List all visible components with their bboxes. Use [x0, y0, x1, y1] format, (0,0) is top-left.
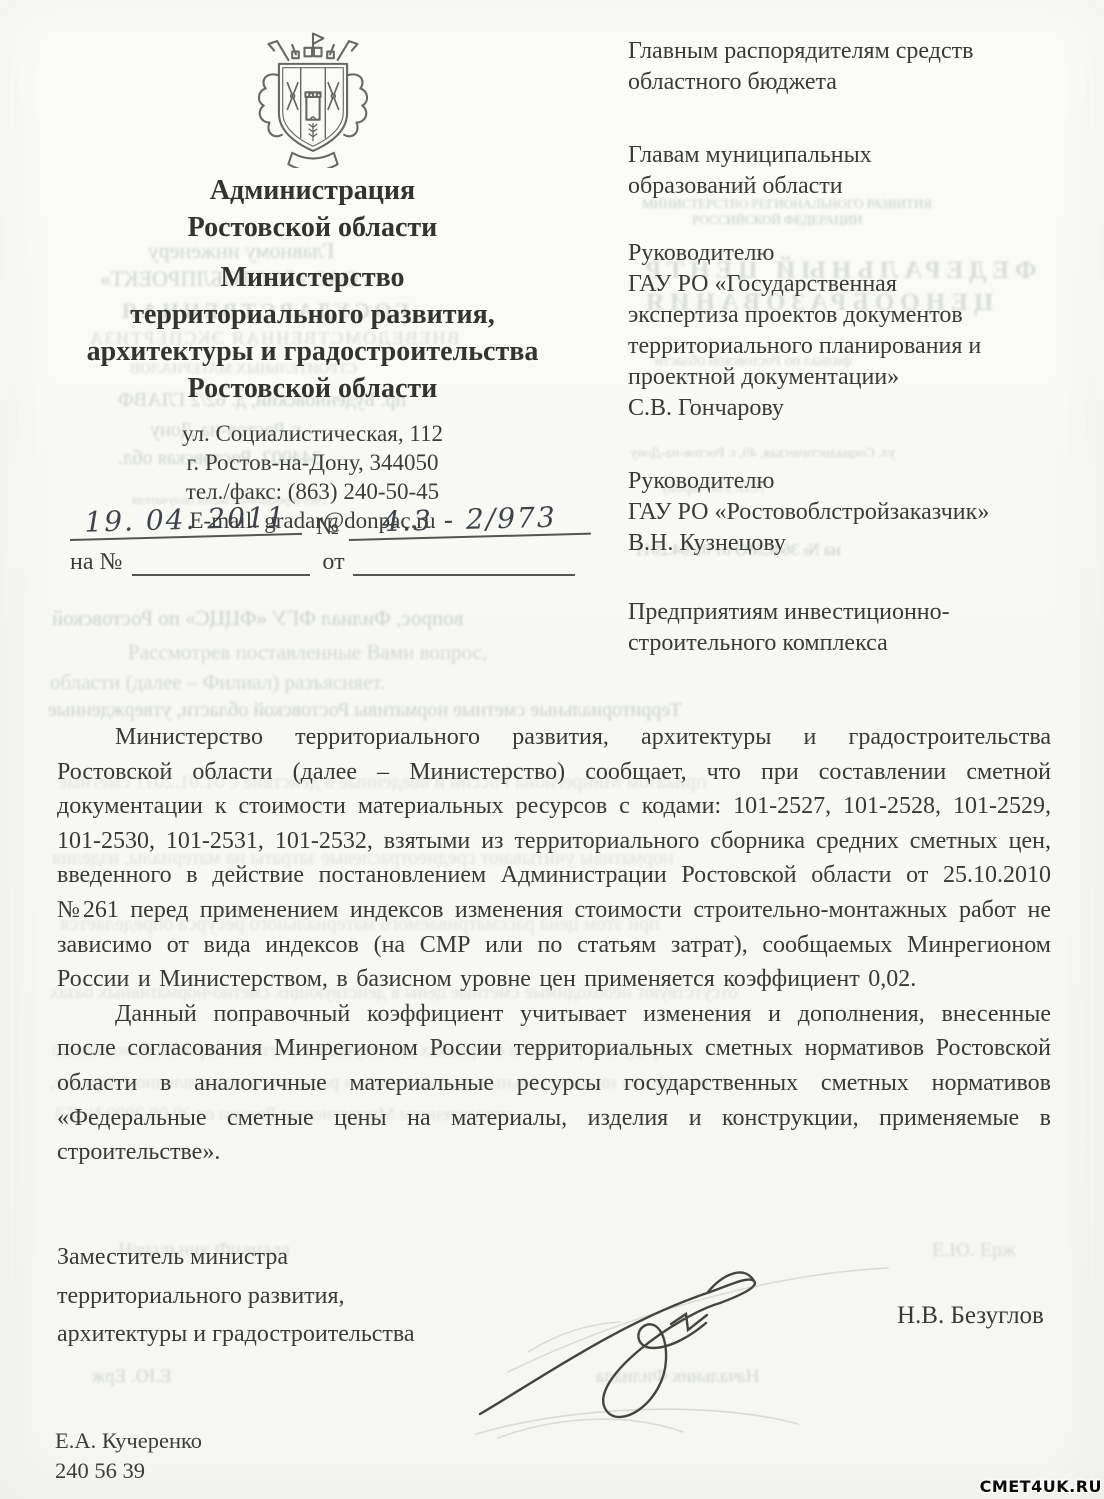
executor-block: Е.А. Кучеренко 240 56 39 — [55, 1426, 202, 1486]
recipients-block: Главным распорядителям средств областног… — [628, 36, 1090, 659]
letterhead: Администрация Ростовской области Министе… — [60, 26, 565, 535]
signer-name: Н.В. Безуглов — [897, 1302, 1044, 1330]
recipient-budget-managers: Главным распорядителям средств областног… — [628, 36, 1090, 98]
reply-date-label: от — [322, 549, 344, 576]
rostov-oblast-coat-of-arms-icon — [249, 26, 377, 168]
recipient-expertiza-head: Руководителю ГАУ РО «Государственная экс… — [628, 238, 1090, 424]
reply-date-field — [353, 574, 575, 576]
body-paragraph-2: Данный поправочный коэффициент учитывает… — [57, 997, 1051, 1170]
executor-name: Е.А. Кучеренко — [55, 1426, 202, 1456]
reply-to-row: на № от — [70, 549, 650, 576]
reply-number-field — [132, 574, 310, 576]
bleedthrough-text: вопрос, Филиал ФГУ «ФЦЦС» по Ростовской — [52, 606, 464, 631]
bleedthrough-text: области (далее – Филиал) разъясняет. — [50, 670, 385, 695]
executor-phone: 240 56 39 — [55, 1456, 202, 1486]
bleedthrough-text: Е.Ю. Ерж — [932, 1238, 1016, 1262]
bleedthrough-text: Территориальные сметные нормативы Ростов… — [48, 698, 682, 722]
reference-block: 19. 04. 2011 № 4.3 - 2/973 на № от — [70, 506, 650, 576]
signer-position: Заместитель министра территориального ра… — [57, 1238, 415, 1354]
scanned-letter-page: Главному инженеруОАО «РОСТОБЛПРОЕКТ»ГОСУ… — [0, 0, 1104, 1499]
date-number-row: 19. 04. 2011 № 4.3 - 2/973 — [70, 506, 650, 541]
ministry-name: Министерство территориального развития, … — [60, 259, 565, 407]
recipient-construction-enterprises: Предприятиям инвестиционно- строительног… — [628, 597, 1090, 659]
body-paragraph-1: Министерство территориального развития, … — [57, 720, 1051, 997]
handwritten-date: 19. 04. 2011 — [69, 500, 302, 541]
handwritten-outgoing-number: 4.3 - 2/973 — [348, 500, 591, 541]
recipient-stroyzakazchik-head: Руководителю ГАУ РО «Ростовоблстройзаказ… — [628, 466, 1090, 559]
letter-body: Министерство территориального развития, … — [57, 720, 1051, 1170]
bleedthrough-text: Е.Ю. Ерж — [92, 1366, 172, 1389]
bleedthrough-text: Рассмотрев поставленные Вами вопрос, — [128, 640, 487, 665]
recipient-municipal-heads: Главам муниципальных образований области — [628, 140, 1090, 202]
number-sign-label: № — [316, 514, 339, 541]
site-watermark: CMET4UK.RU — [980, 1477, 1102, 1496]
reply-number-label: на № — [70, 549, 122, 576]
organization-name: Администрация Ростовской области — [60, 172, 565, 246]
signature-scribble — [468, 1252, 898, 1442]
